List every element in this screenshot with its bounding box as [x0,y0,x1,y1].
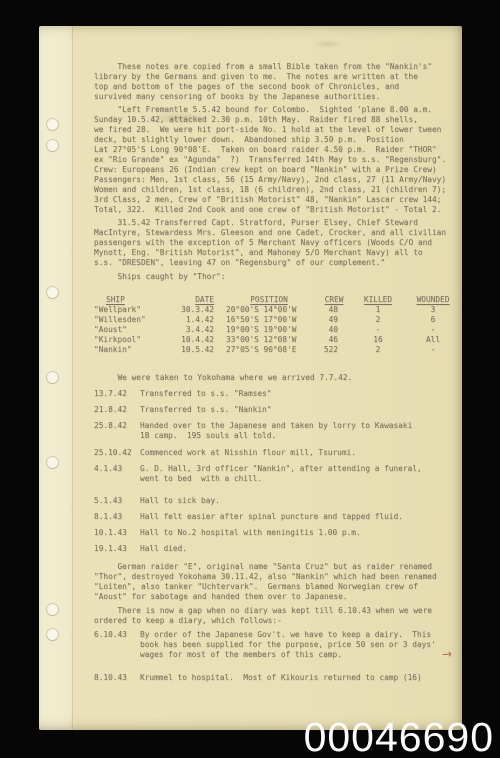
text-line: Mynott, Eng. "British Motorist", and Mah… [94,248,466,258]
text-line: went to bed with a chill. [140,474,466,484]
text-line: There is now a gap when no diary was kep… [94,606,466,616]
diary-entry-text: Hall died. [140,544,466,554]
diary-entry-text: Hall felt easier after spinal puncture a… [140,512,466,522]
text-line: we fired 28. We were hit port-side No. 1… [94,125,466,135]
table-cell-date: 1.4.42 [176,315,222,325]
diary-entry: 13.7.42 Transferred to s.s. "Ramses" [94,389,466,399]
text-line: s.s. "DRESDEN", leaving 47 on "Regensbur… [94,258,466,268]
table-cell-wounded: 6 [404,315,462,325]
text-line: Commenced work at Nisshin flour mill, Ts… [140,448,466,458]
table-cell-ship: "Aoust" [94,325,176,335]
text-line: survived many censoring of books by the … [94,92,466,102]
text-line: G. D. Hall, 3rd officer "Nankin", after … [140,464,466,474]
text-line: book has been supplied for the purpose, … [140,640,466,650]
text-line: Hall died. [140,544,466,554]
diary-entry-text: Krummel to hospital. Most of Kikouris re… [140,673,466,683]
punch-hole [47,372,58,383]
table-header-wounded: WOUNDED [404,295,462,305]
table-cell-killed: 2 [352,345,404,355]
table-cell-ship: "Nankin" [94,345,176,355]
diary-entry: 8.10.43 Krummel to hospital. Most of Kik… [94,673,466,683]
table-cell-killed: 2 [352,315,404,325]
text-line: "Thor", destroyed Yokohama 30.11.42, als… [94,572,466,582]
table-cell-ship: "Wellpark" [94,305,176,315]
diary-entry-date: 8.10.43 [94,673,140,683]
typewritten-text: These notes are copied from a small Bibl… [94,62,466,689]
table-cell-position: 27°05'S 90°08'E [222,345,316,355]
table-cell-wounded: - [404,325,462,335]
table-cell-ship: "Kirkpool" [94,335,176,345]
diary-entry-text: Transferred to s.s. "Nankin" [140,405,466,415]
text-line: MacIntyre, Stewardess Mrs. Gleeson and o… [94,228,466,238]
table-header-date: DATE [176,295,222,305]
text-line: Hall to No.2 hospital with meningitis 1.… [140,528,466,538]
text-line: By order of the Japanese Gov't. we have … [140,630,466,640]
table-header-killed: KILLED [352,295,404,305]
text-line: These notes are copied from a small Bibl… [94,62,466,72]
diary-entry-text: By order of the Japanese Gov't. we have … [140,630,466,660]
table-cell-crew: 522 [316,345,352,355]
diary-entry-text: Commenced work at Nisshin flour mill, Ts… [140,448,466,458]
table-cell-position: 19°00'S 19°00'W [222,325,316,335]
diary-entry: 4.1.43 G. D. Hall, 3rd officer "Nankin",… [94,464,466,484]
text-line: top and bottom of the pages of the secon… [94,82,466,92]
table-cell-ship: "Willesden" [94,315,176,325]
table-cell-date: 30.3.42 [176,305,222,315]
text-line: "Loiten", also tanker "Uchtervark". Germ… [94,582,466,592]
diary-entry-text: Hall to No.2 hospital with meningitis 1.… [140,528,466,538]
text-line: Handed over to the Japanese and taken by… [140,421,466,431]
text-line: Transferred to s.s. "Ramses" [140,389,466,399]
table-cell-killed: - [352,325,404,335]
text-line: Crew: Europeans 26 (Indian crew kept on … [94,165,466,175]
table-cell-date: 10.4.42 [176,335,222,345]
diary-entry: 10.1.43 Hall to No.2 hospital with menin… [94,528,466,538]
diary-entry-date: 13.7.42 [94,389,140,399]
table-cell-crew: 40 [316,325,352,335]
text-line: library by the Germans and given to me. … [94,72,466,82]
diary-entry-date: 25.8.42 [94,421,140,441]
text-line: passengers with the exception of 5 Merch… [94,238,466,248]
intro-paragraph: These notes are copied from a small Bibl… [94,62,466,102]
ships-table: SHIP DATE POSITION CREW KILLED WOUNDED "… [94,295,466,355]
diary-entry-date: 6.10.43 [94,630,140,660]
text-line: ordered to keep a diary, which follows:- [94,616,466,626]
punch-hole [47,457,58,468]
text-line: Hall to sick bay. [140,496,466,506]
table-cell-position: 16°50'S 17°00'W [222,315,316,325]
diary-gap-note: There is now a gap when no diary was kep… [94,606,466,626]
diary-entry-text: Hall to sick bay. [140,496,466,506]
diary-entry-date: 10.1.43 [94,528,140,538]
margin-arrow-mark: → [442,648,453,661]
text-line: Sunday 10.5.42, attacked 2.30 p.m. 10th … [94,115,466,125]
text-line: ex "Rio Grande" ex "Agunda" ?) Transferr… [94,155,466,165]
table-cell-crew: 49 [316,315,352,325]
diary-entry-date: 8.1.43 [94,512,140,522]
binding-edge-line [72,26,73,730]
document-page: These notes are copied from a small Bibl… [39,26,462,730]
table-cell-wounded: 3 [404,305,462,315]
diary-entry: 21.8.42 Transferred to s.s. "Nankin" [94,405,466,415]
text-line: wages for most of the members of this ca… [140,650,466,660]
text-line: Hall felt easier after spinal puncture a… [140,512,466,522]
text-line: "Left Fremantle 5.5.42 bound for Colombo… [94,105,466,115]
table-header-crew: CREW [316,295,352,305]
table-cell-killed: 16 [352,335,404,345]
text-line: 31.5.42 Transferred Capt. Stratford, Pur… [94,218,466,228]
text-line: 1B camp. 195 souls all told. [140,431,466,441]
table-cell-date: 3.4.42 [176,325,222,335]
table-cell-crew: 48 [316,305,352,315]
yokohama-line: We were taken to Yokohama where we arriv… [94,373,466,383]
text-line: Passengers: Men, 1st class, 56 (15 Army/… [94,175,466,185]
diary-entry-text: Transferred to s.s. "Ramses" [140,389,466,399]
table-cell-position: 20°00'S 14°00'W [222,305,316,315]
diary-entry-text: Handed over to the Japanese and taken by… [140,421,466,441]
table-cell-position: 33°00'S 12°08'W [222,335,316,345]
text-line: deck, but slightly lower down. Abandoned… [94,135,466,145]
text-line: Transferred to s.s. "Nankin" [140,405,466,415]
diary-entry: 6.10.43 By order of the Japanese Gov't. … [94,630,466,660]
table-header-position: POSITION [222,295,316,305]
text-line: Total, 322. Killed 2nd Cook and one crew… [94,205,466,215]
diary-entry-date: 4.1.43 [94,464,140,484]
transfer-paragraph: 31.5.42 Transferred Capt. Stratford, Pur… [94,218,466,268]
punch-hole [47,140,58,151]
punch-hole [47,119,58,130]
table-cell-wounded: - [404,345,462,355]
text-line: Lat 27°05'S Long 90°08'E. Taken on board… [94,145,466,155]
text-line: Women and children, 1st class, 18 (6 chi… [94,185,466,195]
diary-entry-text: G. D. Hall, 3rd officer "Nankin", after … [140,464,466,484]
raider-note-paragraph: German raider "E", original name "Santa … [94,562,466,602]
ships-table-caption: Ships caught by "Thor": [94,272,466,282]
diary-entry: 8.1.43 Hall felt easier after spinal pun… [94,512,466,522]
text-line: "Aoust" for sabotage and handed them ove… [94,592,466,602]
text-line: Krummel to hospital. Most of Kikouris re… [140,673,466,683]
diary-entry-date: 25.10.42 [94,448,140,458]
diary-entry: 5.1.43 Hall to sick bay. [94,496,466,506]
text-line: German raider "E", original name "Santa … [94,562,466,572]
diary-entry: 25.8.42 Handed over to the Japanese and … [94,421,466,441]
table-cell-date: 10.5.42 [176,345,222,355]
table-cell-wounded: All [404,335,462,345]
punch-hole [47,629,58,640]
table-header-ship: SHIP [94,295,176,305]
punch-hole [47,604,58,615]
diary-entry-date: 21.8.42 [94,405,140,415]
diary-entry-date: 19.1.43 [94,544,140,554]
punch-hole [47,287,58,298]
diary-entry: 25.10.42 Commenced work at Nisshin flour… [94,448,466,458]
text-line: 3rd Class, 2 men, Crew of "British Motor… [94,195,466,205]
diary-entry: 19.1.43 Hall died. [94,544,466,554]
photo-id-number: 00046690 [304,717,494,758]
diary-entry-date: 5.1.43 [94,496,140,506]
table-cell-crew: 46 [316,335,352,345]
table-cell-killed: 1 [352,305,404,315]
paper-stain [311,40,345,48]
sinking-account-paragraph: "Left Fremantle 5.5.42 bound for Colombo… [94,105,466,215]
